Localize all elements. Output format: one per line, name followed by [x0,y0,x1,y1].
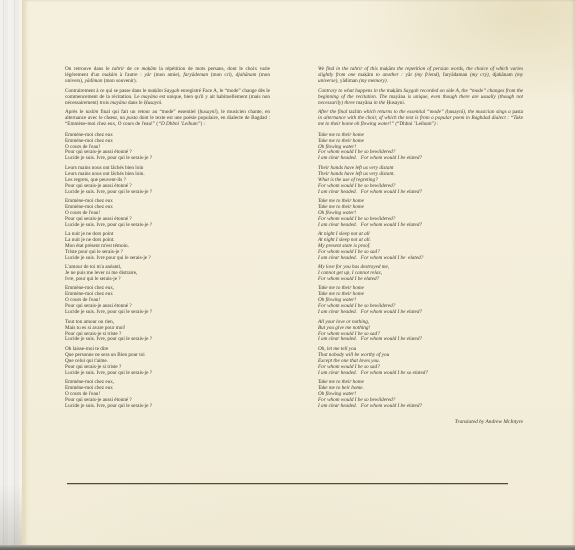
italic-text: ) : [434,121,439,127]
poem-line: I am clear headed. For whom would I be s… [318,371,523,377]
stanza: Emmène-moi chez euxEmmène-moi chez euxO … [65,199,270,229]
stanza: All your love or nothing,But you give me… [318,320,523,344]
stanza: Oh laisse-moi te direQue personne ne ser… [65,347,270,377]
roman-text: (mon souvenir). [102,78,136,84]
liner-notes-page: On retrouve dans le tahrir de ce maḳām l… [0,0,575,550]
scan-right-shadow [571,0,575,550]
italic-text: yādiman [85,78,103,84]
poem-line: Lucide je suis. Ivre, pour qui le serais… [65,404,270,410]
stanza: Leurs mains nous ont lâchés bien loinLeu… [65,166,270,196]
italic-text: Ḥusayni [144,100,161,106]
stanza: Take me to their homeTake me to their ho… [318,286,523,316]
stanza: Emmène-moi chez euxEmmène-moi chez euxO … [65,133,270,163]
stanza: Take me to their homeTake me to their ho… [318,133,523,163]
stanza: Tout ton amour ou rien,Mais tu es si ava… [65,320,270,344]
translator-credit: Translated by Andrew McIntyre [318,419,523,425]
poem-line: I am clear headed. For whom would I be e… [318,256,523,262]
intro-paragraph: Après le taslim final qui fait un retour… [65,109,270,127]
italic-text: (my memory). [358,78,388,84]
poem-line: Lucide je suis. Ivre, pour qui le serais… [65,337,270,343]
stanza: Emmène-moi chez eux,Emmène-moi chez euxO… [65,380,270,410]
stanza: My love for you has destroyed me,I canno… [318,265,523,283]
stanza: Oh, let me tell youThat nobody will be w… [318,347,523,377]
italic-text: “D Dhbni ’Leihum” [158,121,200,127]
stanza: La nuit je ne dors pointLa nuit je ne do… [65,232,270,262]
italic-text: Contrary to what happens in the [318,88,387,94]
roman-text: yādiman [340,78,358,84]
roman-text: (mon cri), [208,72,235,78]
roman-text: Contrairement à ce qui se passe dans le [65,88,148,94]
poem-line: Lucide je suis. Ivre, pour qui le serais… [65,223,270,229]
intro-paragraph: Contrary to what happens in the maḳām Sa… [318,88,523,106]
roman-text: (mon amie), [151,72,183,78]
poem-line: I am clear headed. For whom would I be e… [318,156,523,162]
intro-paragraph: We find in the tahrir of this maḳām the … [318,66,523,84]
roman-text: mayāna [389,94,405,100]
poem-line: Lucide je suis. Ivre, pour qui le serais… [65,190,270,196]
intro-paragraph: After the final tazlim which returns to … [318,109,523,127]
italic-text: faryādeman [183,72,208,78]
poem-line: I am clear headed. For whom would I be e… [318,404,523,410]
roman-text: faryādaman [443,72,467,78]
roman-text: “Dhbni ’Leihum” [397,121,434,127]
stanza: L'amour de toi m'a anéanti,Je ne puis me… [65,265,270,283]
italic-text: in the [372,100,386,106]
stanza: At night I sleep not at allAt night I sl… [318,232,523,262]
roman-text: djahānam [493,72,513,78]
poem-line: For whom would I be elated? [318,277,523,283]
english-text: We find in the tahrir of this maḳām the … [318,66,523,410]
french-text: On retrouve dans le tahrir de ce maḳām l… [65,66,270,410]
poem-line: I am clear headed. For whom would I be e… [318,310,523,316]
italic-text: (my friend), [412,72,443,78]
poem-line: I am clear headed. For whom would I be e… [318,190,523,196]
italic-text: . [404,100,405,106]
roman-text: . [161,100,162,106]
italic-text: ḥusaynī [200,109,216,115]
roman-text: dans le [127,100,144,106]
poem-line: Lucide je suis. Ivre pour qui le serais-… [65,256,270,262]
roman-text: Ḥusayni [387,100,404,106]
poem-line: I am clear headed. For whom would I be e… [318,337,523,343]
italic-text: djahānam [236,72,257,78]
roman-text: final qui fait un retour au “mode” essen… [98,109,199,115]
poem: Take me to their homeTake me to their ho… [318,133,523,410]
roman-text: Après le [65,109,86,115]
stanza: Take me to their homeTake me to heir hom… [318,380,523,410]
poem-line: Lucide je suis. Ivre, pour qui le serais… [65,156,270,162]
english-column: We find in the tahrir of this maḳām the … [318,66,523,425]
french-column: On retrouve dans le tahrir de ce maḳām l… [65,66,270,413]
poem: Emmène-moi chez euxEmmène-moi chez euxO … [65,133,270,410]
footer-divider-line [67,483,508,484]
intro-paragraph: Contrairement à ce qui se passe dans le … [65,88,270,106]
roman-text: maḳām [387,88,402,94]
intro-paragraph: On retrouve dans le tahrir de ce maḳām l… [65,66,270,84]
italic-text: maḳām Saygah [148,88,180,94]
italic-text: mayāna [141,94,157,100]
italic-text: mayāna [110,100,126,106]
italic-text: taslim [86,109,99,115]
scan-bottom-edge [0,545,575,550]
italic-text: (my cry), [467,72,492,78]
stanza: Their hands have left us very distantThe… [318,166,523,196]
stanza: Emmène-moi chez eux,Emmène-moi chez euxO… [65,286,270,316]
gatefold-spine-edge [0,0,24,550]
poem-line: Ivre, pour qui le serais-je ? [65,277,270,283]
stanza: Take me to their homeTake me to their ho… [318,199,523,229]
roman-text: mayāna [356,100,372,106]
poem-line: Lucide je suis. Ivre, pour qui le serais… [65,371,270,377]
poem-line: I am clear headed. For whom would I be e… [318,223,523,229]
roman-text: ) : [201,121,205,127]
poem-line: Lucide je suis. Ivre, pour qui le serais… [65,310,270,316]
